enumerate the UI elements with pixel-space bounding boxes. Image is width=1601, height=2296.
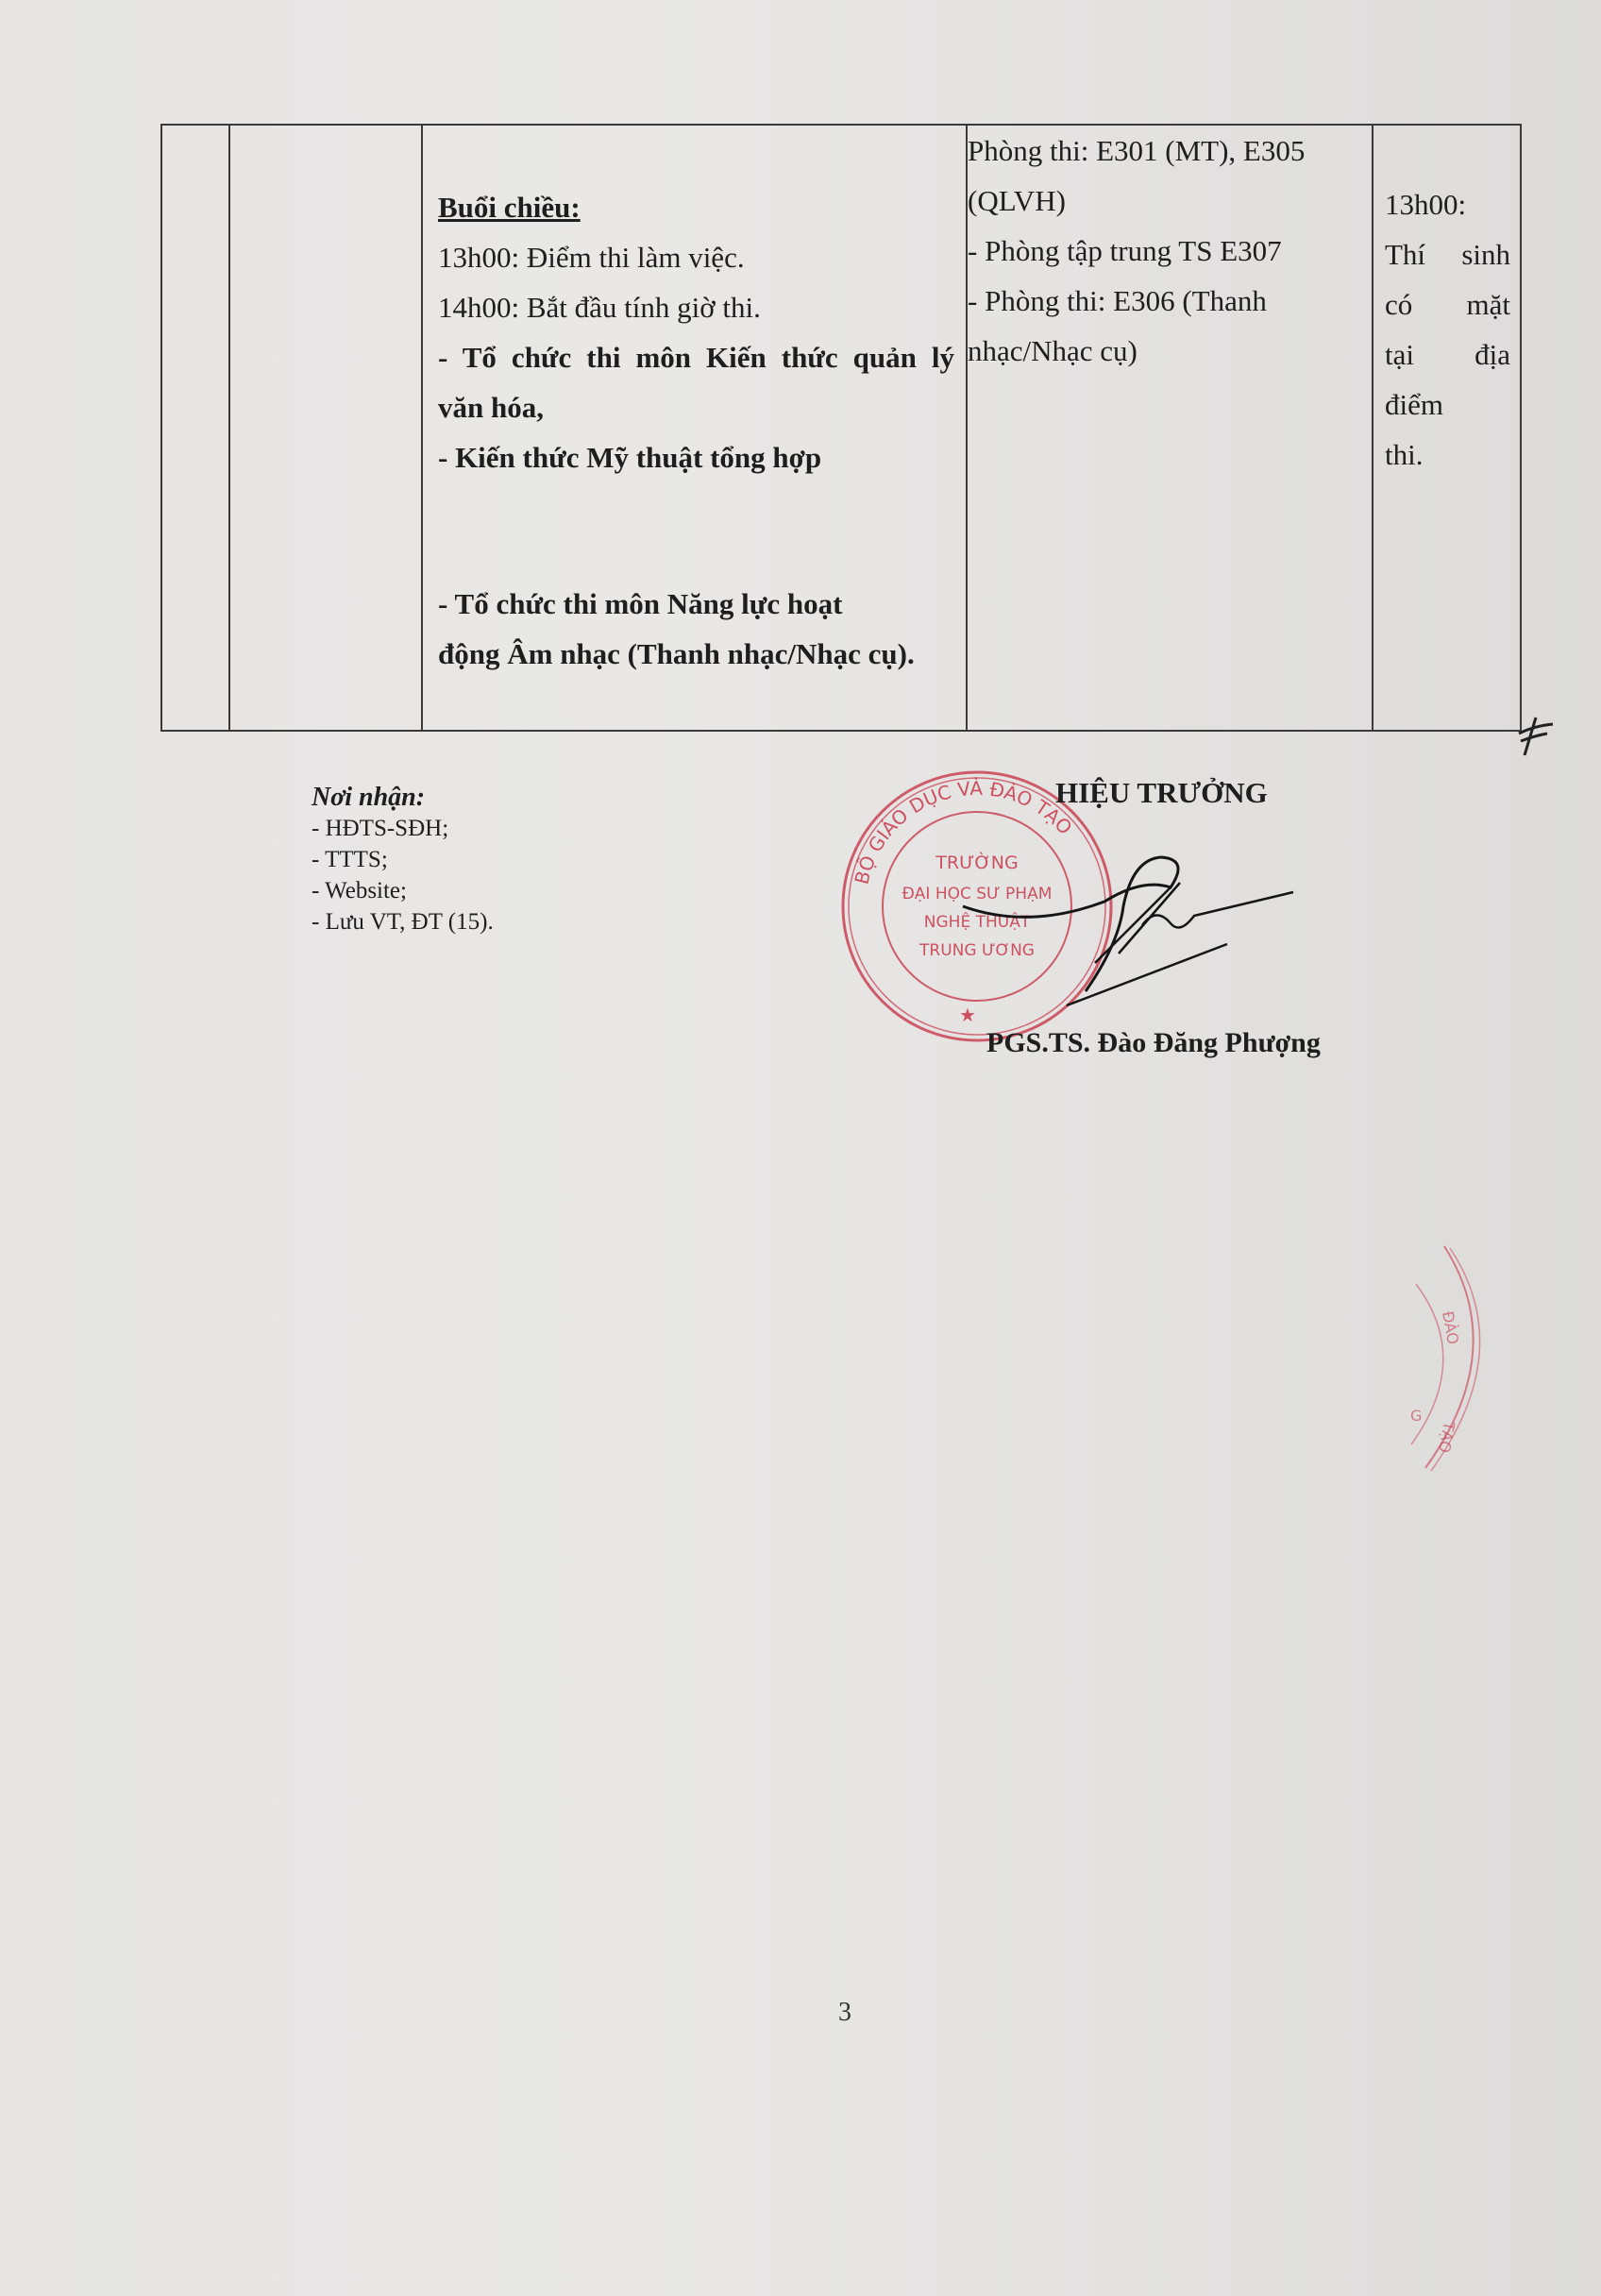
recipients-block: Nơi nhận: - HĐTS-SĐH; - TTTS; - Website;… [312, 782, 494, 937]
signer-title: HIỆU TRƯỞNG [1055, 776, 1268, 810]
schedule-line: 13h00: Điểm thi làm việc. [438, 232, 954, 282]
note-line: Thí sinh [1385, 229, 1510, 279]
gathering-room: - Phòng tập trung TS E307 [968, 226, 1372, 276]
note-line: điểm [1385, 380, 1510, 430]
exam-subject-music: - Tổ chức thi môn Năng lực hoạt [438, 579, 956, 629]
partial-stamp-bleed: ĐÀO TẠO G [1388, 1227, 1510, 1482]
signer-name: PGS.TS. Đào Đăng Phượng [986, 1027, 1321, 1059]
note-line: thi. [1385, 430, 1510, 480]
session-heading: Buổi chiều: [438, 182, 954, 232]
exam-subject-music-cont: động Âm nhạc (Thanh nhạc/Nhạc cụ). [438, 629, 956, 679]
table-cell-content: Buổi chiều: 13h00: Điểm thi làm việc. 14… [422, 125, 967, 731]
schedule-line: 14h00: Bắt đầu tính giờ thi. [438, 282, 954, 332]
recipients-title: Nơi nhận: [312, 782, 494, 813]
table-cell-date [229, 125, 422, 731]
table-row: Buổi chiều: 13h00: Điểm thi làm việc. 14… [161, 125, 1521, 731]
note-line: có mặt [1385, 279, 1510, 329]
exam-subject: - Kiến thức Mỹ thuật tổng hợp [438, 432, 954, 482]
recipient-item: - Website; [312, 875, 494, 906]
table-cell-note: 13h00: Thí sinh có mặt tại địa điểm thi. [1373, 125, 1521, 731]
svg-text:G: G [1410, 1407, 1422, 1425]
handwritten-initial-mark [1515, 713, 1562, 760]
page-number: 3 [838, 1998, 851, 2028]
recipient-item: - HĐTS-SĐH; [312, 813, 494, 844]
note-line: 13h00: [1385, 179, 1510, 229]
table-cell-index [161, 125, 229, 731]
handwritten-signature [953, 850, 1312, 1010]
table-cell-location: Phòng thi: E301 (MT), E305 (QLVH) - Phòn… [967, 125, 1373, 731]
recipient-item: - TTTS; [312, 844, 494, 875]
recipient-item: - Lưu VT, ĐT (15). [312, 906, 494, 937]
note-line: tại địa [1385, 329, 1510, 380]
schedule-table: Buổi chiều: 13h00: Điểm thi làm việc. 14… [160, 124, 1522, 732]
exam-subject-cont: văn hóa, [438, 382, 954, 432]
exam-room: Phòng thi: E301 (MT), E305 (QLVH) [968, 126, 1372, 226]
svg-text:TẠO: TẠO [1435, 1419, 1458, 1454]
exam-subject: - Tổ chức thi môn Kiến thức quản lý [438, 332, 954, 382]
exam-room-music: - Phòng thi: E306 (Thanh nhạc/Nhạc cụ) [968, 276, 1372, 376]
